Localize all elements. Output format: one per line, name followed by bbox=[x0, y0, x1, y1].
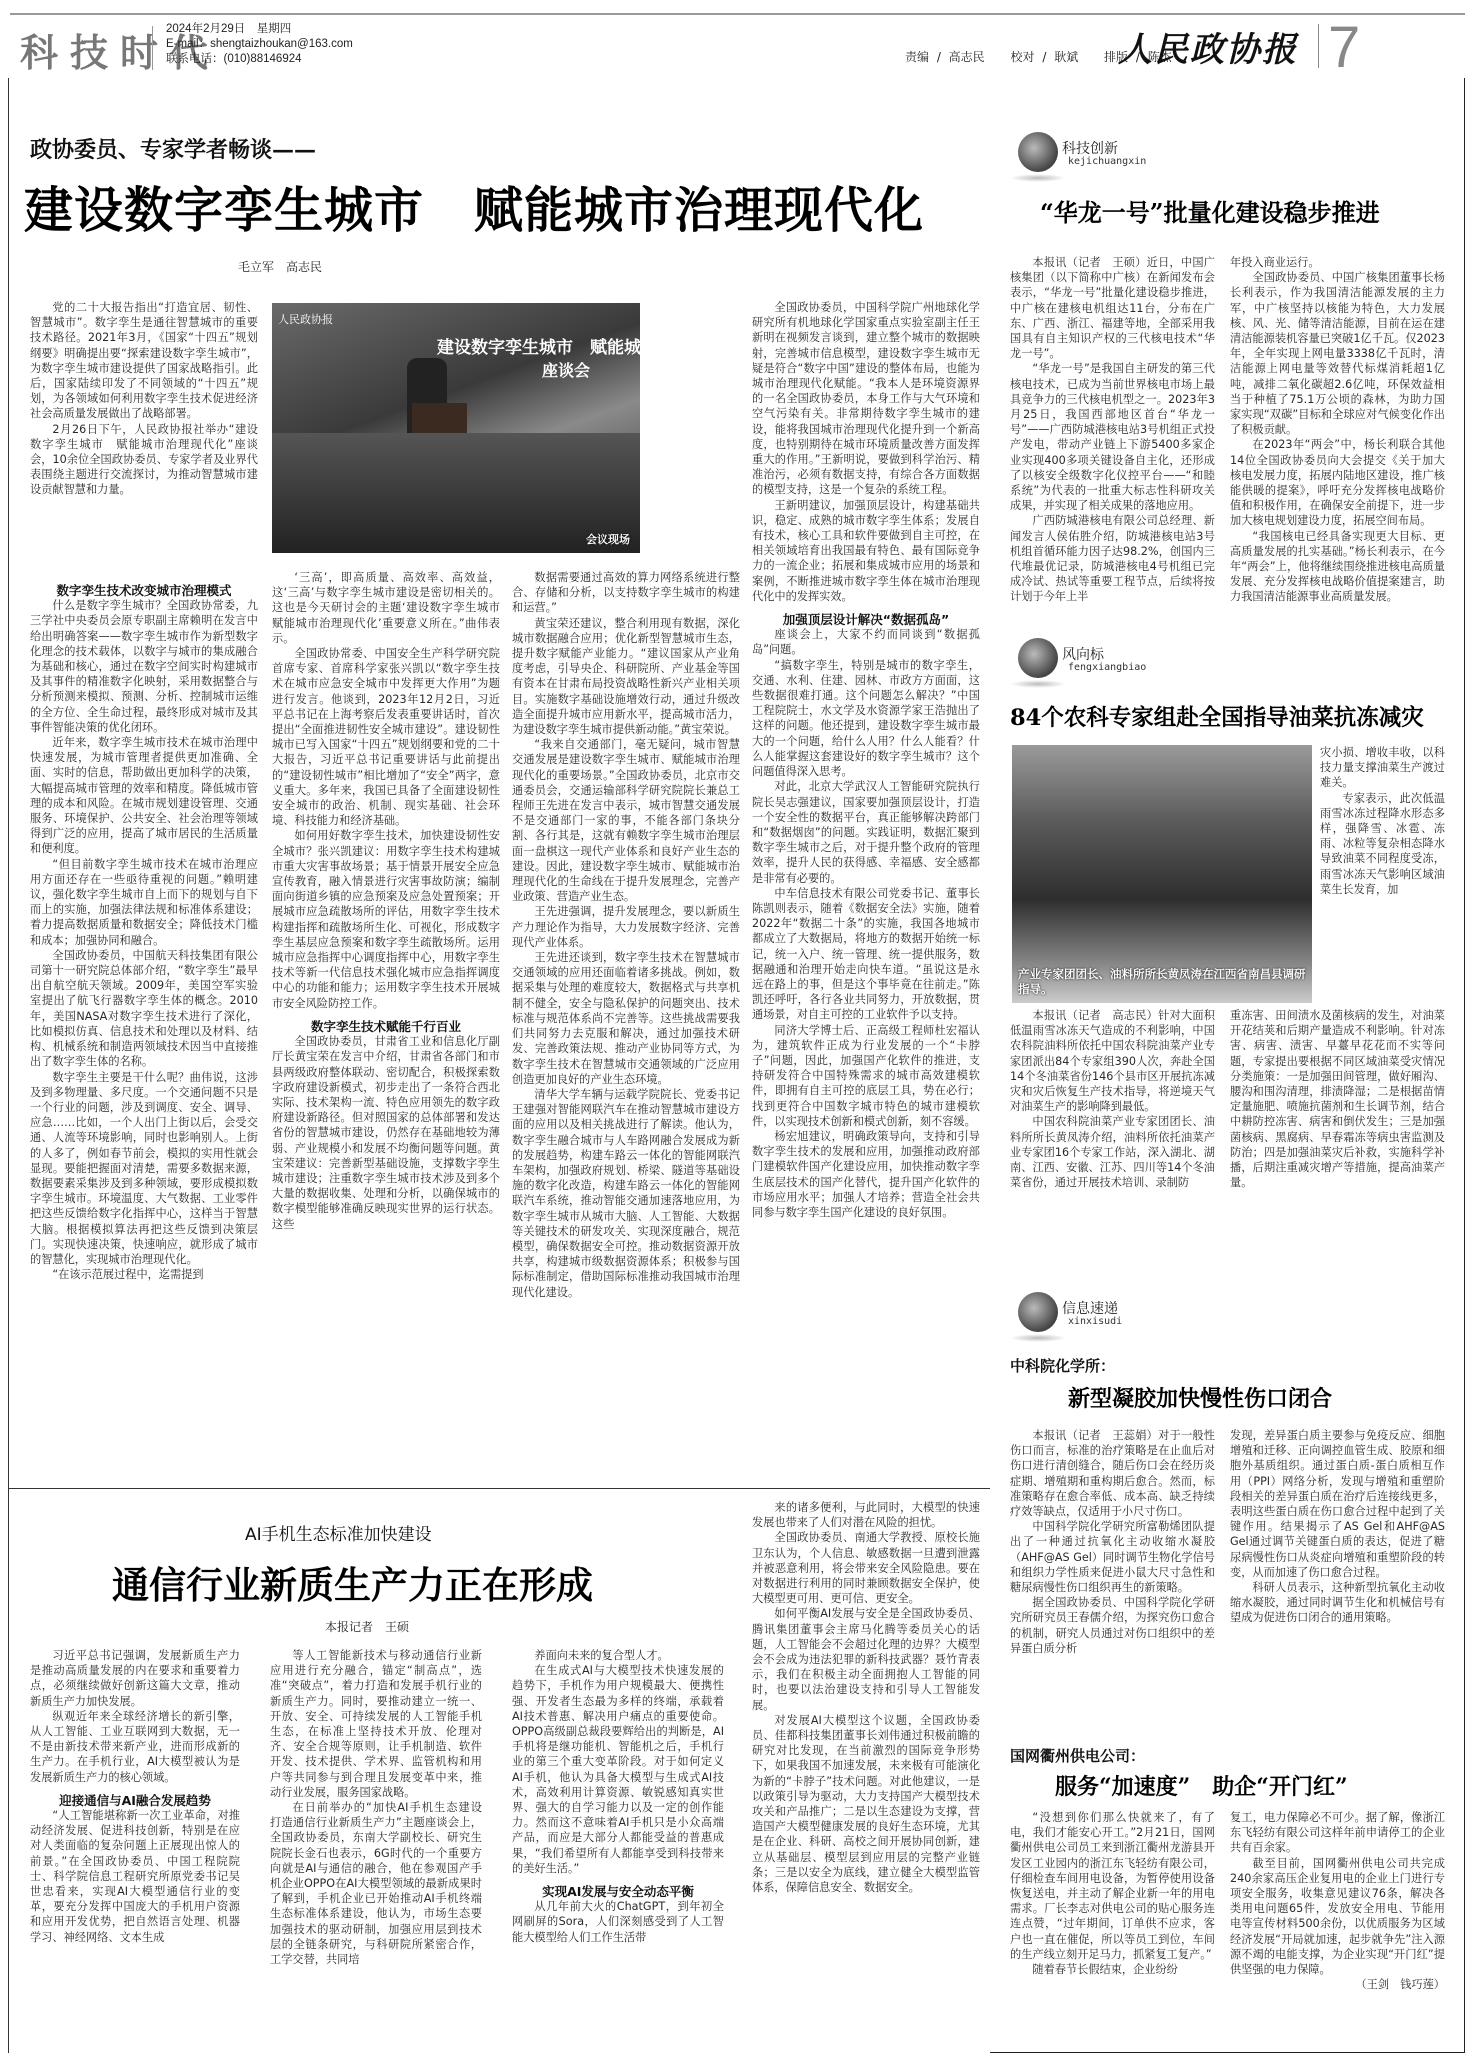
paragraph: 数据需要通过高效的算力网络系统进行整合、存储和分析，以支持数字孪生城市的构建和运… bbox=[512, 570, 740, 616]
subhead: 迎接通信与AI融合发展趋势 bbox=[30, 1793, 240, 1808]
top-rule bbox=[10, 13, 1465, 15]
paragraph: 随着春节长假结束，企业纷纷 bbox=[1010, 1962, 1215, 1977]
credit-editor: 责编 / 高志民 bbox=[905, 50, 985, 64]
paragraph: 全国政协常委、中国安全生产科学研究院首席专家、首席科学家张兴凯以“数字孪生技术在… bbox=[272, 646, 500, 828]
badge-shadow bbox=[1010, 1334, 1066, 1342]
paragraph: 座谈会上，大家不约而同谈到“数据孤岛”问题。 bbox=[752, 627, 980, 657]
power-column-1: “没想到你们那么快就来了，有了电，我们才能安心开工。”2月21日，国网衢州供电公… bbox=[1010, 1810, 1215, 2035]
credit-proofreader: 校对 / 耿斌 bbox=[1011, 50, 1079, 64]
paragraph: “但目前数字孪生城市技术在城市治理应用方面还存在一些亟待重视的问题。”赖明建议，… bbox=[30, 857, 258, 948]
paragraph: 党的二十大报告指出“打造宜居、韧性、智慧城市”。数字孪生是通往智慧城市的重要技术… bbox=[30, 300, 258, 422]
column-badge-tech-innovation: 科技创新 kejichuangxin bbox=[1018, 132, 1158, 187]
paragraph: 在日前举办的“加快AI手机生态建设 打造通信行业新质生产力”主题座谈会上，全国政… bbox=[270, 1800, 482, 1967]
paragraph: 全国政协委员、中国广核集团董事长杨长利表示，作为我国清洁能源发展的主力军，中广核… bbox=[1230, 270, 1445, 437]
telecom-kicker: AI手机生态标准加快建设 bbox=[245, 1520, 432, 1545]
paragraph: 黄宝荣还建议，整合利用现有数据，深化城市数据融合应用；优化新型智慧城市生态，提升… bbox=[512, 616, 740, 738]
paragraph: 中车信息技术有限公司党委书记、董事长陈凯则表示，随着《数据安全法》实施，随着20… bbox=[752, 886, 980, 1023]
paragraph: “没想到你们那么快就来了，有了电，我们才能安心开工。”2月21日，国网衢州供电公… bbox=[1010, 1810, 1215, 1962]
lead-kicker: 政协委员、专家学者畅谈—— bbox=[30, 133, 316, 164]
paragraph: 在2023年“两会”中，杨长利联合其他14位全国政协委员向大会提交《关于加大核电… bbox=[1230, 437, 1445, 528]
rapeseed-column-1: 本报讯（记者 高志民）针对大面积低温雨雪冰冻天气造成的不利影响，中国农科院油料所… bbox=[1010, 1008, 1215, 1273]
paragraph: 近年来，数字孪生城市技术在城市治理中快速发展，为城市管理者提供更加准确、全面、实… bbox=[30, 735, 258, 857]
paragraph: 王新明建议，加强顶层设计，构建基础共识，稳定、成熟的城市数字孪生体系；发展自有技… bbox=[752, 498, 980, 604]
paragraph: “我来自交通部门，毫无疑问，城市智慧交通发展是建设数字孪生城市、赋能城市治理现代… bbox=[512, 737, 740, 904]
column-badge-news-express: 信息速递 xinxisudi bbox=[1018, 1292, 1158, 1347]
paragraph: 2月26日下午，人民政协报社举办“建设数字孪生城市 赋能城市治理现代化”座谈会，… bbox=[30, 422, 258, 498]
nuclear-column-1: 本报讯（记者 王硕）近日，中国广核集团（以下简称中广核）在新闻发布会表示，“华龙… bbox=[1010, 255, 1215, 625]
paragraph: 如何平衡AI发展与安全是全国政协委员、腾讯集团董事会主席马化腾等委员关心的话题，… bbox=[752, 1606, 980, 1712]
rapeseed-field-photo: 产业专家团团长、油料所所长黄凤涛在江西省南昌县调研指导。 bbox=[1012, 745, 1312, 1003]
paragraph: “搞数字孪生，特别是城市的数字孪生，交通、水利、住建、园林、市政方方面面，这些数… bbox=[752, 658, 980, 780]
paragraph: 王先进还谈到，数字孪生技术在智慧城市交通领域的应用还面临着诸多挑战。例如，数据采… bbox=[512, 950, 740, 1087]
paragraph: 年投入商业运行。 bbox=[1230, 255, 1445, 270]
telecom-byline: 本报记者 王硕 bbox=[325, 1618, 409, 1635]
paragraph: 发现，差异蛋白质主要参与免疫反应、细胞增殖和迁移、正向调控血管生成、胶原和细胞外… bbox=[1230, 1428, 1445, 1580]
paragraph: ‘三高’，即高质量、高效率、高效益，这‘三高’与数字孪生城市建设是密切相关的。这… bbox=[272, 570, 500, 646]
telecom-headline: 通信行业新质生产力正在形成 bbox=[112, 1555, 593, 1609]
photo-screen-sub: 座谈会 bbox=[542, 358, 590, 381]
paragraph: “我国核电已经具备实现更大目标、更高质量发展的扎实基础。”杨长利表示，在今年“两… bbox=[1230, 529, 1445, 605]
lead-byline: 毛立军 高志民 bbox=[238, 258, 322, 275]
subhead: 数字孪生技术改变城市治理模式 bbox=[30, 583, 258, 598]
paragraph: 灾小损、增收丰收，以科技力量支撑油菜生产渡过难关。 bbox=[1320, 745, 1445, 791]
paragraph: 复工，电力保障必不可少。据了解，像浙江东飞轻纺有限公司这样年前申请停工的企业共有… bbox=[1230, 1810, 1445, 1856]
paragraph: 全国政协委员、南通大学教授、原校长施卫东认为，个人信息、敏感数据一旦遭到泄露并被… bbox=[752, 1530, 980, 1606]
paragraph: 专家表示，此次低温雨雪冰冻过程降水形态多样，强降雪、冰雹、冻雨、冰粒等复杂相态降… bbox=[1320, 791, 1445, 897]
telecom-column-4: 来的诸多便利，与此同时，大模型的快速发展也带来了人们对潜在风险的担忧。 全国政协… bbox=[752, 1500, 980, 2048]
paragraph: 在生成式AI与大模型技术快速发展的趋势下，手机作为用户规模最大、便携性强、开发者… bbox=[512, 1663, 724, 1876]
lead-column-1: 数字孪生技术改变城市治理模式 什么是数字孪生城市？全国政协常委，九三学社中央委员… bbox=[30, 575, 258, 1480]
paragraph: 广西防城港核电有限公司总经理、新闻发言人侯佑胜介绍，防城港核电站3号机组首循环能… bbox=[1010, 513, 1215, 604]
article-divider bbox=[8, 1488, 990, 1489]
lead-column-2: ‘三高’，即高质量、高效率、高效益，这‘三高’与数字孪生城市建设是密切相关的。这… bbox=[272, 570, 500, 1480]
rapeseed-headline: 84个农科专家组赴全国指导油菜抗冻减灾 bbox=[1010, 700, 1424, 732]
gel-column-2: 发现，差异蛋白质主要参与免疫反应、细胞增殖和迁移、正向调控血管生成、胶原和细胞外… bbox=[1230, 1428, 1445, 1668]
newspaper-logo: 人民政协报 bbox=[1118, 22, 1298, 71]
paragraph: 全国政协委员，甘肃省工业和信息化厅副厅长黄宝荣在发言中介绍，甘肃省各部门和市县两… bbox=[272, 1034, 500, 1232]
paragraph: 如何用好数字孪生技术，加快建设韧性安全城市？张兴凯建议：用数字孪生技术构建城市重… bbox=[272, 828, 500, 1010]
badge-pinyin: fengxiangbiao bbox=[1068, 662, 1146, 673]
rapeseed-column-2: 重冻害、田间渍水及菌核病的发生，对油菜开花结荚和后期产量造成不利影响。针对冻害、… bbox=[1230, 1008, 1445, 1273]
paragraph: 对此，北京大学武汉人工智能研究院执行院长吴志强建议，国家要加强顶层设计，打造一个… bbox=[752, 779, 980, 885]
paragraph: 习近平总书记强调，发展新质生产力是推动高质量发展的内在要求和重要着力点，必须继续… bbox=[30, 1648, 240, 1709]
paragraph: 来的诸多便利，与此同时，大模型的快速发展也带来了人们对潜在风险的担忧。 bbox=[752, 1500, 980, 1530]
column-badge-wind-vane: 风向标 fengxiangbiao bbox=[1018, 638, 1158, 693]
page-number: 7 bbox=[1328, 14, 1360, 81]
conference-photo: 人民政协报 建设数字孪生城市 赋能城市治理现代化 座谈会 会议现场 bbox=[272, 303, 640, 553]
paragraph: 清华大学车辆与运载学院院长、党委书记王建强对智能网联汽车在推动智慧城市建设方面的… bbox=[512, 1087, 740, 1300]
paragraph: 同济大学博士后、正高级工程师杜宏福认为，建筑软件正成为行业发展的一个“卡脖子”问… bbox=[752, 1023, 980, 1129]
paragraph: 本报讯（记者 王蕊娟）对于一般性伤口而言，标准的治疗策略是在止血后对伤口进行清创… bbox=[1010, 1428, 1215, 1519]
paragraph: “在该示范展过程中，迄需提到 bbox=[30, 1267, 258, 1282]
badge-shadow bbox=[1010, 174, 1066, 182]
badge-title: 科技创新 bbox=[1062, 138, 1118, 158]
paragraph: 科研人员表示，这种新型抗氧化主动收缩水凝胶，通过同时调节生化和机械信号有望成为促… bbox=[1230, 1580, 1445, 1626]
subhead: 加强顶层设计解决“数据孤岛” bbox=[752, 612, 980, 627]
telecom-column-2: 等人工智能新技术与移动通信行业新应用进行充分融合，锚定“制高点”，选准“突破点”… bbox=[270, 1648, 482, 2048]
telecom-column-3: 养面向未来的复合型人才。 在生成式AI与大模型技术快速发展的趋势下，手机作为用户… bbox=[512, 1648, 724, 2048]
masthead: 科技时代 2024年2月29日 星期四 E-mail：shengtaizhouk… bbox=[10, 20, 1465, 70]
paragraph: 对发展AI大模型这个议题，全国政协委员、佳都科技集团董事长刘伟通过积极前瞻的研究… bbox=[752, 1713, 980, 1895]
photo-caption: 会议现场 bbox=[586, 531, 630, 547]
audience bbox=[272, 433, 640, 553]
photo-caption: 产业专家团团长、油料所所长黄凤涛在江西省南昌县调研指导。 bbox=[1018, 967, 1306, 997]
paragraph: 全国政协委员，中国科学院广州地球化学研究所有机地球化学国家重点实验室副主任王新明… bbox=[752, 300, 980, 498]
paragraph: 杨宏旭建议，明确政策导向，支持和引导数字孪生技术的发展和应用，加强推动政府部门建… bbox=[752, 1129, 980, 1220]
paragraph: 数字孪生主要是干什么呢？曲伟说，这涉及到多物理量、多尺度。一个交通问题不只是一个… bbox=[30, 1070, 258, 1268]
rapeseed-side-text: 灾小损、增收丰收，以科技力量支撑油菜生产渡过难关。 专家表示，此次低温雨雪冰冻过… bbox=[1320, 745, 1445, 1005]
badge-shadow bbox=[1010, 680, 1066, 688]
contact-phone: 联系电话：(010)88146924 bbox=[166, 52, 353, 67]
lead-column-3: 数据需要通过高效的算力网络系统进行整合、存储和分析，以支持数字孪生城市的构建和运… bbox=[512, 570, 740, 1480]
telecom-column-1: 习近平总书记强调，发展新质生产力是推动高质量发展的内在要求和重要着力点，必须继续… bbox=[30, 1648, 240, 2048]
gel-headline: 新型凝胶加快慢性伤口闭合 bbox=[1068, 1382, 1332, 1413]
paragraph: “人工智能堪称新一次工业革命，对推动经济发展、促进科技创新，特别是在应对人类面临… bbox=[30, 1808, 240, 1945]
issue-date: 2024年2月29日 星期四 bbox=[166, 22, 353, 37]
power-headline: 服务“加速度” 助企“开门红” bbox=[1055, 1770, 1348, 1801]
badge-title: 风向标 bbox=[1062, 644, 1104, 664]
paragraph: 截至目前，国网衢州供电公司共完成240余家高压企业复用电的企业上门进行专项安全服… bbox=[1230, 1856, 1445, 1978]
subhead: 数字孪生技术赋能千行百业 bbox=[272, 1019, 500, 1034]
paragraph: 等人工智能新技术与移动通信行业新应用进行充分融合，锚定“制高点”，选准“突破点”… bbox=[270, 1648, 482, 1800]
recycle-globe-icon bbox=[1018, 1292, 1058, 1332]
nuclear-headline: “华龙一号”批量化建设稳步推进 bbox=[1040, 193, 1380, 228]
nuclear-column-2: 年投入商业运行。 全国政协委员、中国广核集团董事长杨长利表示，作为我国清洁能源发… bbox=[1230, 255, 1445, 625]
paragraph: 本报讯（记者 王硕）近日，中国广核集团（以下简称中广核）在新闻发布会表示，“华龙… bbox=[1010, 255, 1215, 361]
paragraph: 本报讯（记者 高志民）针对大面积低温雨雪冰冻天气造成的不利影响，中国农科院油料所… bbox=[1010, 1008, 1215, 1114]
paragraph: “华龙一号”是我国自主研发的第三代核电技术，已成为当前世界核电市场上最具竞争力的… bbox=[1010, 361, 1215, 513]
badge-title: 信息速递 bbox=[1062, 1298, 1118, 1318]
badge-pinyin: xinxisudi bbox=[1068, 1316, 1122, 1327]
recycle-globe-icon bbox=[1018, 638, 1058, 678]
recycle-globe-icon bbox=[1018, 132, 1058, 172]
paragraph: 中国科学院化学研究所富勒烯团队提出了一种通过抗氧化主动收缩水凝胶（AHF@AS … bbox=[1010, 1519, 1215, 1595]
photo-logo-text: 人民政协报 bbox=[278, 311, 333, 327]
subhead: 实现AI发展与安全动态平衡 bbox=[512, 1884, 724, 1899]
power-column-2: 复工，电力保障必不可少。据了解，像浙江东飞轻纺有限公司这样年前申请停工的企业共有… bbox=[1230, 1810, 1445, 2035]
masthead-info: 2024年2月29日 星期四 E-mail：shengtaizhoukan@16… bbox=[166, 22, 353, 67]
photo-screen-title: 建设数字孪生城市 赋能城市治理现代化 bbox=[437, 333, 640, 358]
lead-intro: 党的二十大报告指出“打造宜居、韧性、智慧城市”。数字孪生是通往智慧城市的重要技术… bbox=[30, 300, 258, 575]
paragraph: 什么是数字孪生城市？全国政协常委，九三学社中央委员会原专职副主席赖明在发言中给出… bbox=[30, 598, 258, 735]
paragraph: 据全国政协委员、中国科学院化学研究所研究员王春儒介绍，为探究伤口愈合的机制，研究… bbox=[1010, 1595, 1215, 1656]
lead-headline: 建设数字孪生城市 赋能城市治理现代化 bbox=[24, 172, 924, 242]
paragraph: 从几年前大火的ChatGPT，到年初全网刷屏的Sora，人们深刻感受到了人工智能… bbox=[512, 1899, 724, 1945]
lead-column-4: 全国政协委员，中国科学院广州地球化学研究所有机地球化学国家重点实验室副主任王新明… bbox=[752, 300, 980, 1480]
badge-pinyin: kejichuangxin bbox=[1068, 156, 1146, 167]
paragraph: 养面向未来的复合型人才。 bbox=[512, 1648, 724, 1663]
paragraph: 纵观近年来全球经济增长的新引擎，从人工智能、工业互联网到大数据，无一不是由新技术… bbox=[30, 1709, 240, 1785]
paragraph: 重冻害、田间渍水及菌核病的发生，对油菜开花结荚和后期产量造成不利影响。针对冻害、… bbox=[1230, 1008, 1445, 1190]
paragraph: 全国政协委员，中国航天科技集团有限公司第十一研究院总体部介绍，“数字孪生”最早出… bbox=[30, 948, 258, 1070]
paragraph: 王先进强调，提升发展理念，要以新质生产力理论作为指导，大力发展数字经济、完善现代… bbox=[512, 904, 740, 950]
power-kicker: 国网衢州供电公司： bbox=[1010, 1745, 1145, 1766]
paragraph: 中国农科院油菜产业专家团团长、油料所所长黄凤涛介绍，油料所依托油菜产业专家团16… bbox=[1010, 1114, 1215, 1190]
gel-column-1: 本报讯（记者 王蕊娟）对于一般性伤口而言，标准的治疗策略是在止血后对伤口进行清创… bbox=[1010, 1428, 1215, 1668]
divider bbox=[152, 26, 153, 70]
gel-kicker: 中科院化学所： bbox=[1010, 1355, 1115, 1376]
contact-email[interactable]: E-mail：shengtaizhoukan@163.com bbox=[166, 37, 353, 52]
article-signature: （王剑 钱巧莲） bbox=[1230, 1977, 1445, 1992]
divider bbox=[1318, 24, 1319, 68]
